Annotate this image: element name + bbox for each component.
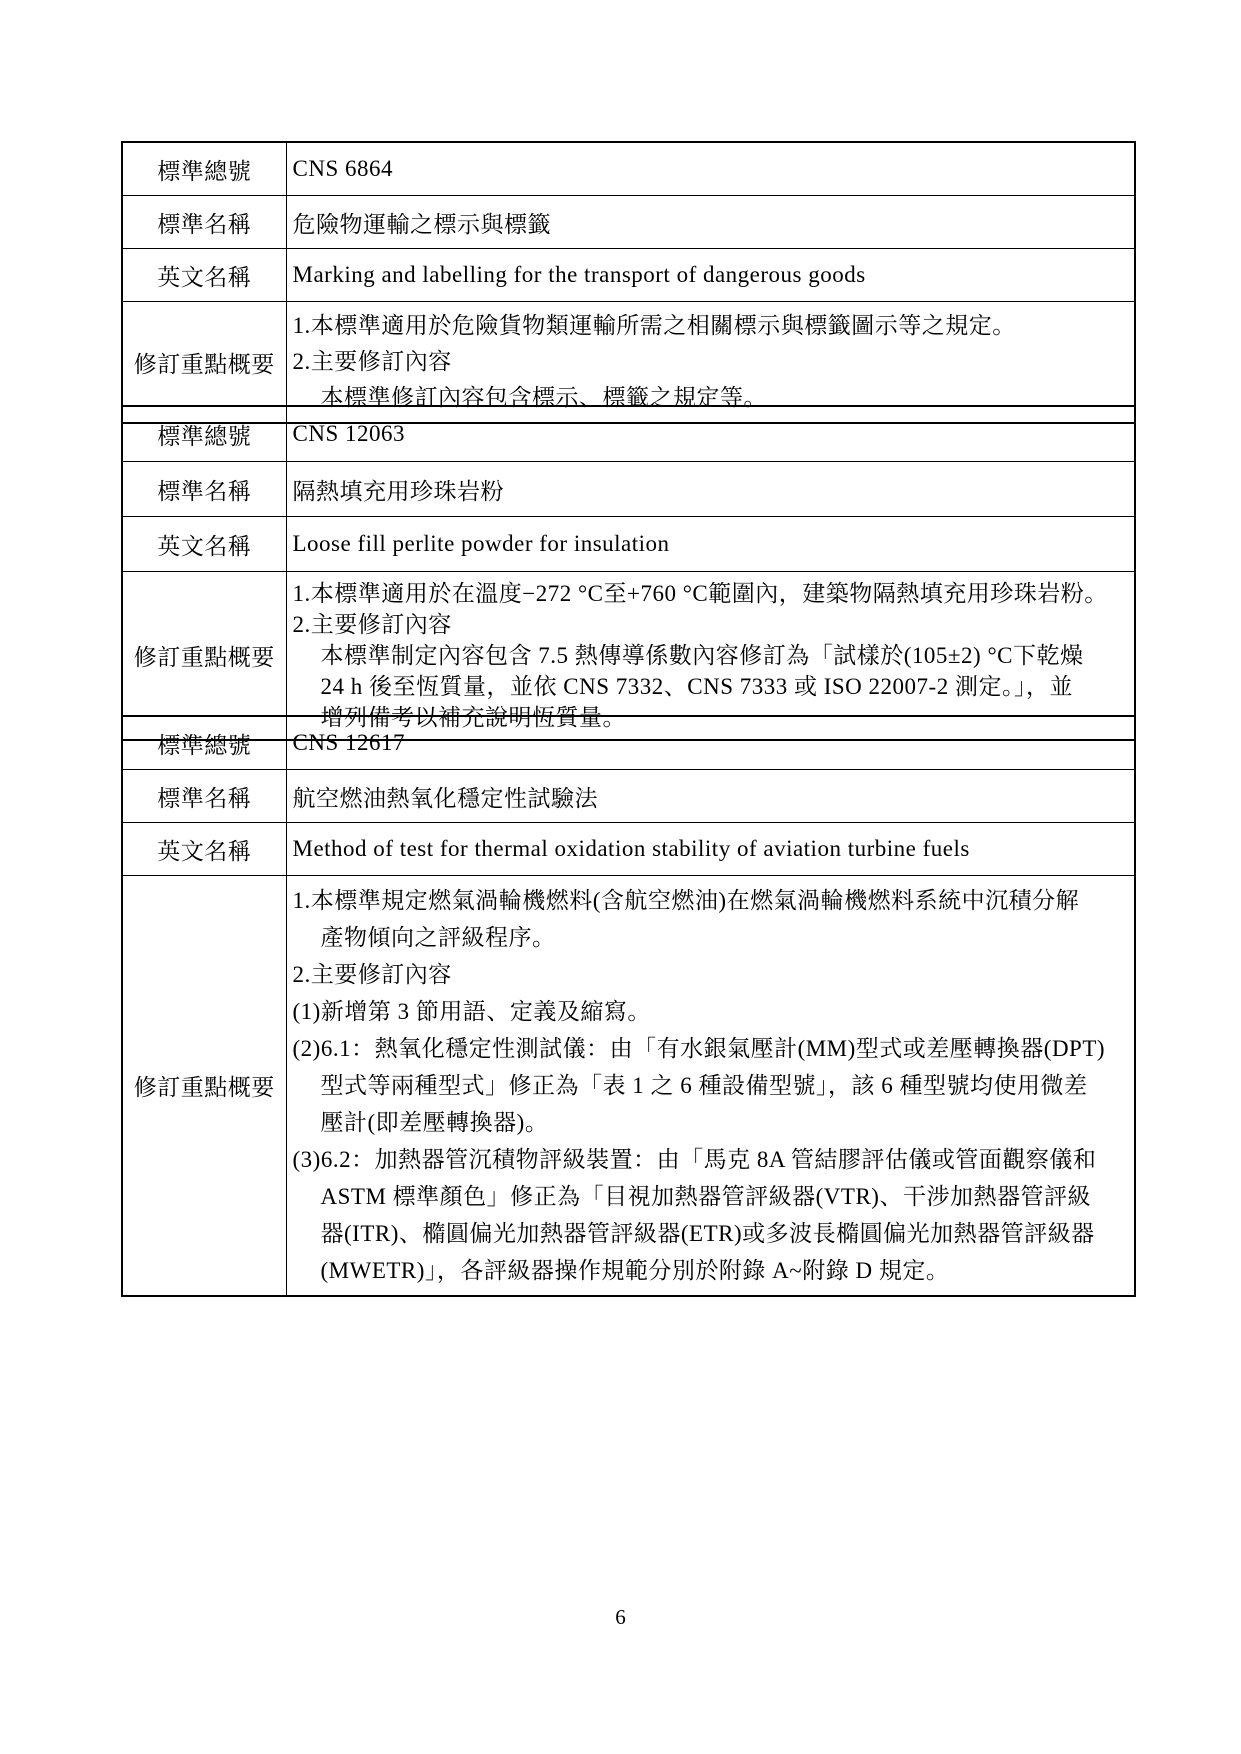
standard-name-value: 危險物運輸之標示與標籤 <box>286 196 1135 249</box>
summary-line: 1.本標準適用於在溫度−272 °C至+760 °C範圍內，建築物隔熱填充用珍珠… <box>293 578 1129 609</box>
standard-name-value: 航空燃油熱氧化穩定性試驗法 <box>286 770 1135 823</box>
standard-no-value: CNS 12063 <box>286 406 1135 462</box>
english-name-value: Marking and labelling for the transport … <box>286 249 1135 302</box>
summary-line: 2.主要修訂內容 <box>293 956 1129 993</box>
standard-no-label: 標準總號 <box>122 716 286 770</box>
summary-line: 產物傾向之評級程序。 <box>293 919 1129 956</box>
english-name-value: Loose fill perlite powder for insulation <box>286 517 1135 572</box>
revision-summary-label: 修訂重點概要 <box>122 876 286 1297</box>
summary-line: 本標準制定內容包含 7.5 熱傳導係數內容修訂為「試樣於(105±2) °C下乾… <box>293 640 1129 671</box>
standard-table-cns-6864: 標準總號 CNS 6864 標準名稱 危險物運輸之標示與標籤 英文名稱 Mark… <box>121 141 1136 424</box>
standard-no-label: 標準總號 <box>122 142 286 196</box>
table-row: 英文名稱 Method of test for thermal oxidatio… <box>122 823 1135 876</box>
english-name-label: 英文名稱 <box>122 823 286 876</box>
summary-line: (2)6.1：熱氧化穩定性測試儀：由「有水銀氣壓計(MM)型式或差壓轉換器(DP… <box>293 1030 1129 1067</box>
summary-line: 型式等兩種型式」修正為「表 1 之 6 種設備型號」，該 6 種型號均使用微差 <box>293 1067 1129 1104</box>
english-name-label: 英文名稱 <box>122 249 286 302</box>
english-name-value: Method of test for thermal oxidation sta… <box>286 823 1135 876</box>
standard-name-label: 標準名稱 <box>122 770 286 823</box>
english-name-label: 英文名稱 <box>122 517 286 572</box>
table-row: 標準名稱 危險物運輸之標示與標籤 <box>122 196 1135 249</box>
summary-line: (MWETR)」，各評級器操作規範分別於附錄 A~附錄 D 規定。 <box>293 1252 1129 1289</box>
summary-line: 1.本標準規定燃氣渦輪機燃料(含航空燃油)在燃氣渦輪機燃料系統中沉積分解 <box>293 882 1129 919</box>
standard-no-value: CNS 6864 <box>286 142 1135 196</box>
summary-line: ASTM 標準顏色」修正為「目視加熱器管評級器(VTR)、干涉加熱器管評級 <box>293 1178 1129 1215</box>
standard-name-value: 隔熱填充用珍珠岩粉 <box>286 462 1135 517</box>
table-row: 修訂重點概要 1.本標準規定燃氣渦輪機燃料(含航空燃油)在燃氣渦輪機燃料系統中沉… <box>122 876 1135 1297</box>
summary-line: (3)6.2：加熱器管沉積物評級裝置：由「馬克 8A 管結膠評估儀或管面觀察儀和 <box>293 1141 1129 1178</box>
table-row: 標準總號 CNS 12063 <box>122 406 1135 462</box>
table-row: 英文名稱 Loose fill perlite powder for insul… <box>122 517 1135 572</box>
standard-no-label: 標準總號 <box>122 406 286 462</box>
summary-line: (1)新增第 3 節用語、定義及縮寫。 <box>293 993 1129 1030</box>
table-row: 標準名稱 隔熱填充用珍珠岩粉 <box>122 462 1135 517</box>
table-row: 英文名稱 Marking and labelling for the trans… <box>122 249 1135 302</box>
table-row: 標準總號 CNS 12617 <box>122 716 1135 770</box>
standard-name-label: 標準名稱 <box>122 462 286 517</box>
summary-line: 器(ITR)、橢圓偏光加熱器管評級器(ETR)或多波長橢圓偏光加熱器管評級器 <box>293 1215 1129 1252</box>
standard-name-label: 標準名稱 <box>122 196 286 249</box>
standard-table-cns-12617: 標準總號 CNS 12617 標準名稱 航空燃油熱氧化穩定性試驗法 英文名稱 M… <box>121 715 1136 1297</box>
summary-line: 2.主要修訂內容 <box>293 609 1129 640</box>
page-number: 6 <box>0 1605 1241 1630</box>
standard-table-cns-12063: 標準總號 CNS 12063 標準名稱 隔熱填充用珍珠岩粉 英文名稱 Loose… <box>121 405 1136 741</box>
revision-summary-value: 1.本標準規定燃氣渦輪機燃料(含航空燃油)在燃氣渦輪機燃料系統中沉積分解 產物傾… <box>286 876 1135 1297</box>
standard-no-value: CNS 12617 <box>286 716 1135 770</box>
summary-line: 壓計(即差壓轉換器)。 <box>293 1104 1129 1141</box>
table-row: 標準名稱 航空燃油熱氧化穩定性試驗法 <box>122 770 1135 823</box>
document-page: 標準總號 CNS 6864 標準名稱 危險物運輸之標示與標籤 英文名稱 Mark… <box>0 0 1241 1754</box>
summary-line: 24 h 後至恆質量，並依 CNS 7332、CNS 7333 或 ISO 22… <box>293 671 1129 702</box>
table-row: 標準總號 CNS 6864 <box>122 142 1135 196</box>
summary-line: 1.本標準適用於危險貨物類運輸所需之相關標示與標籤圖示等之規定。 <box>293 308 1129 344</box>
summary-line: 2.主要修訂內容 <box>293 344 1129 380</box>
